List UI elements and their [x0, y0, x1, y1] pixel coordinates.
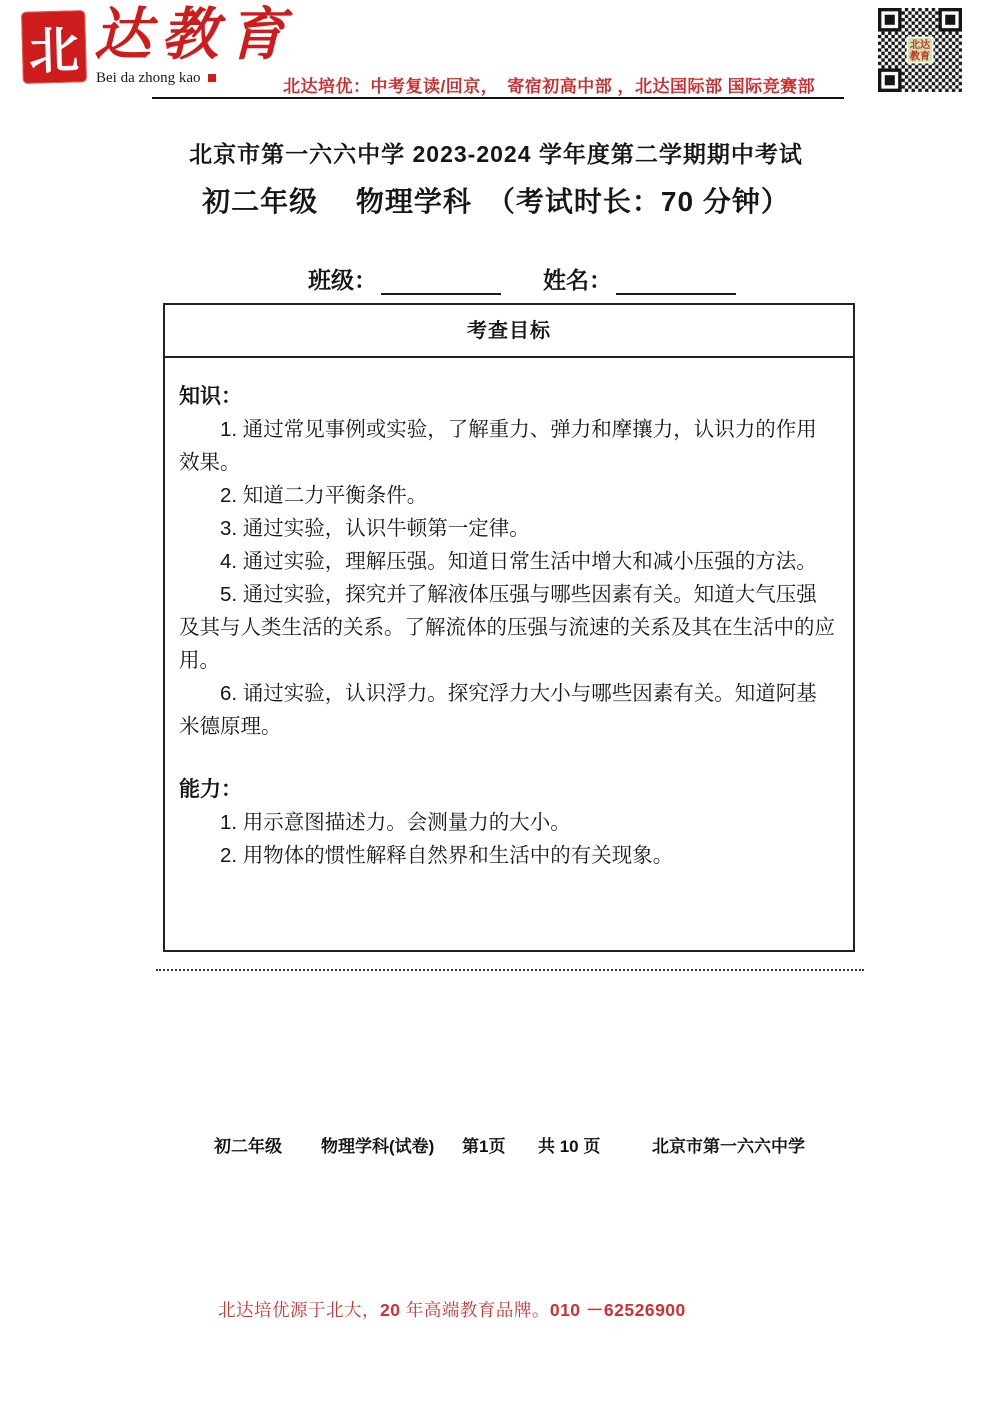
- svg-text:北达: 北达: [910, 38, 931, 51]
- knowledge-item: 5. 通过实验，探究并了解液体压强与哪些因素有关。知道大气压强及其与人类生活的关…: [179, 578, 837, 677]
- qr-finder-top-right: [938, 8, 962, 32]
- footer-page-number: 第1页: [462, 1132, 505, 1157]
- class-label: 班级：: [308, 262, 377, 295]
- objectives-box: 考查目标 知识： 1. 通过常见事例或实验，了解重力、弹力和摩攘力，认识力的作用…: [163, 303, 855, 952]
- footer-subject: 物理学科(试卷): [321, 1132, 434, 1157]
- footer-page-total: 共 10 页: [538, 1132, 600, 1157]
- page-footer: 初二年级 物理学科(试卷) 第1页 共 10 页 北京市第一六六中学: [0, 1132, 992, 1156]
- ability-item: 1. 用示意图描述力。会测量力的大小。: [179, 806, 837, 839]
- knowledge-item: 4. 通过实验，理解压强。知道日常生活中增大和减小压强的方法。: [179, 545, 837, 578]
- brand-tagline: 北达培优：中考复读/回京， 寄宿初高中部 ，北达国际部 国际竞赛部: [283, 72, 843, 97]
- knowledge-section-label: 知识：: [179, 380, 837, 413]
- exam-subtitle: 初二年级 物理学科 （考试时长：70 分钟）: [0, 180, 992, 220]
- ability-item: 2. 用物体的惯性解释自然界和生活中的有关现象。: [179, 839, 837, 872]
- name-blank-line: [616, 269, 736, 295]
- qr-finder-top-left: [878, 8, 902, 32]
- qr-code: 北达 教育: [878, 8, 962, 92]
- brand-logo-caption: Bei da zhong kao: [96, 70, 216, 87]
- red-square-icon: [208, 74, 216, 82]
- knowledge-item: 6. 诵过实验，认识浮力。探究浮力大小与哪些因素有关。知道阿基米德原理。: [179, 677, 837, 743]
- brand-logo-caption-text: Bei da zhong kao: [96, 70, 201, 86]
- brand-seal-icon: 北: [21, 10, 87, 84]
- footer-grade: 初二年级: [214, 1132, 282, 1157]
- bottom-brand-tagline: 北达培优源于北大，20 年高端教育品牌。010 －62526900: [218, 1297, 686, 1322]
- knowledge-item: 2. 知道二力平衡条件。: [179, 479, 837, 512]
- bottom-tagline-text: 北达培优源于北大，: [218, 1300, 380, 1320]
- name-label: 姓名：: [543, 262, 612, 295]
- dotted-separator: [156, 969, 864, 971]
- qr-finder-bottom-left: [878, 68, 902, 92]
- ability-section-label: 能力：: [179, 773, 837, 806]
- class-blank-line: [381, 269, 501, 295]
- exam-paper-page: 北 达教育 Bei da zhong kao 北达培优：中考复读/回京， 寄宿初…: [0, 0, 992, 1403]
- bottom-tagline-text2: 年高端教育品牌。: [400, 1300, 549, 1320]
- bottom-tagline-years: 20: [380, 1300, 400, 1320]
- student-id-row: 班级： 姓名：: [308, 262, 736, 295]
- brand-logo-text: 达教育: [94, 0, 295, 70]
- exam-title: 北京市第一六六中学 2023-2024 学年度第二学期期中考试: [0, 136, 992, 169]
- svg-text:教育: 教育: [909, 49, 930, 62]
- header-divider: [152, 97, 844, 99]
- objectives-header: 考查目标: [165, 305, 853, 358]
- knowledge-item: 3. 通过实验，认识牛顿第一定律。: [179, 512, 837, 545]
- footer-school: 北京市第一六六中学: [652, 1132, 805, 1157]
- objectives-body: 知识： 1. 通过常见事例或实验，了解重力、弹力和摩攘力，认识力的作用效果。 2…: [165, 358, 853, 872]
- knowledge-item: 1. 通过常见事例或实验，了解重力、弹力和摩攘力，认识力的作用效果。: [179, 413, 837, 479]
- bottom-tagline-phone: 010 －62526900: [550, 1300, 686, 1320]
